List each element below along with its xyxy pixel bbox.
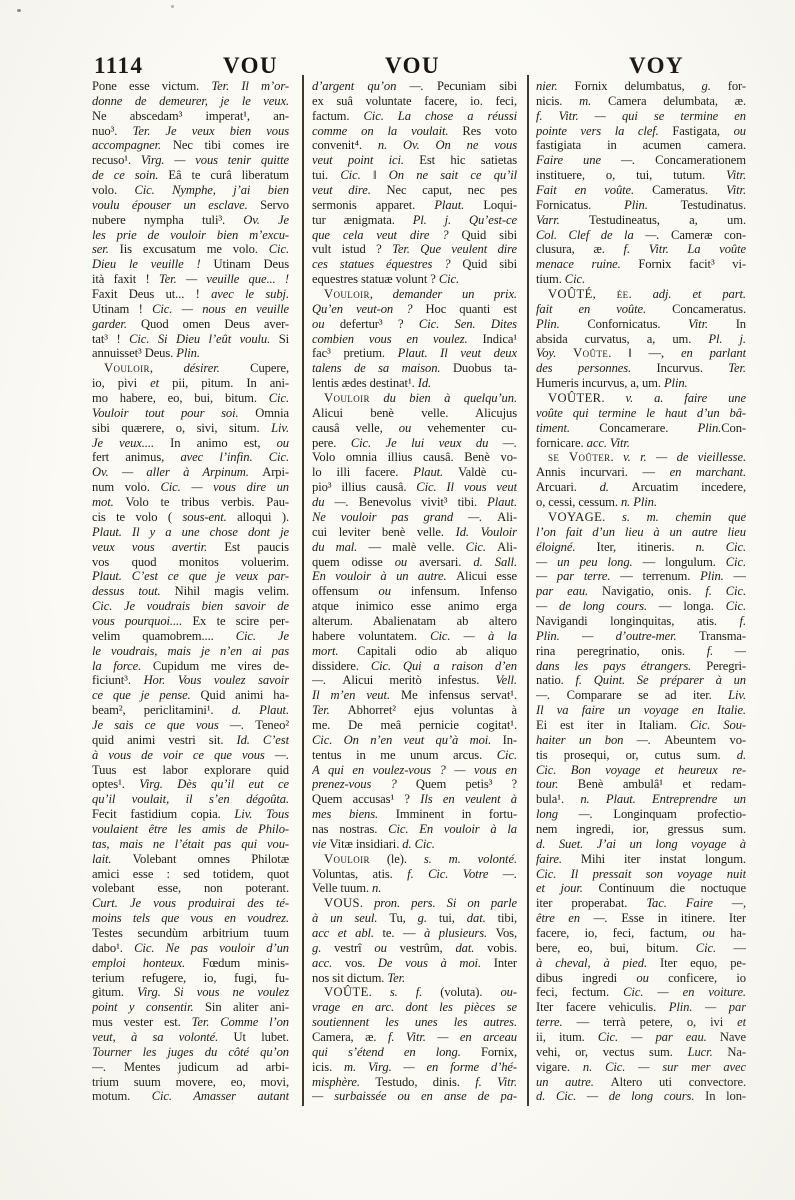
text-segment: Vouloir tout pour soi. [92,406,255,420]
text-segment: VOUS [324,896,360,910]
text-segment: nier. [536,79,575,93]
text-segment: Quem petis³ ? [416,777,517,791]
text-segment: Id. Vouloir [456,525,517,539]
text-segment: vrage en arc. dont les pièces se [312,1000,517,1014]
text-line: Velle tuum. n. [312,881,517,896]
text-line: alterum. Abalienatam ab altero [312,614,517,629]
text-line: — un peu long. — longulum. Cic. [536,555,746,570]
text-segment: ou [374,941,399,955]
text-segment: d. Cic. — de long cours. [536,1089,705,1103]
text-segment: m. [579,94,608,108]
text-line: dibus ingredi ou conficere, io [536,971,746,986]
text-segment: Res voto [462,124,517,138]
text-segment: Cupere, [250,361,289,375]
text-line: Je veux.... In animo est, ou [92,436,289,451]
text-line: veut, à sa volonté. Ut lubet. [92,1030,289,1045]
text-line: feci, fectum. Cic. — en voiture. [536,985,746,1000]
text-line: ces statues équestres ? Quid sibi [312,257,517,272]
text-segment: n. Ov. On ne vous [378,138,517,152]
text-segment: ou [395,555,420,569]
text-segment: garder. [92,317,141,331]
text-segment: Ne abscedam³ imperat¹, an- [92,109,289,123]
text-line: se Voûter. v. r. — de vieillesse. [536,450,746,465]
text-segment: acc et abl. [312,926,383,940]
text-segment: . [611,450,624,464]
text-segment: tui, [439,911,467,925]
text-segment: Il m’en veut. [312,688,401,702]
text-segment: feci, fectum. [536,985,623,999]
text-segment: Concamerare. [599,421,697,435]
text-segment: VOÛTÉ [548,287,593,301]
text-segment: Alicui meritò infestus. [342,673,495,687]
text-segment: En vouloir à un autre. [312,569,456,583]
text-line: rina peregrinatio, onis. f. — [536,644,746,659]
text-line: vult istud ? Ter. Que veulent dire [312,242,517,257]
text-segment: désirer. [183,361,250,375]
text-segment: . [629,287,653,301]
text-line: En vouloir à un autre. Alicui esse [312,569,517,584]
text-line: Qu’en veut-on ? Hoc quanti est [312,302,517,317]
text-segment: vult istud ? [312,242,392,256]
text-segment: defertur³ ? [340,317,419,331]
text-line: soutiennent les unes les autres. [312,1015,517,1030]
text-line: fait en voûte. Concameratus. [536,302,746,317]
text-segment: Imminent in fortu- [396,807,517,821]
text-segment: Me infensus servat¹. [401,688,517,702]
text-segment: s. m. chemin que [622,510,746,524]
text-segment: Cic. [340,168,360,182]
text-line: Je sais ce que vous —. Teneo² [92,718,289,733]
text-line: un autre. Altero uti convectore. [536,1075,746,1090]
text-segment: pron. pers. Si on parle [374,896,517,910]
text-segment: Alicui benè velle. Alicujus [312,406,517,420]
text-segment: Ter. [312,703,348,717]
text-segment: Col. Clef de la —. [536,228,671,242]
text-line: tium. Cic. [536,272,746,287]
text-segment: long —. [536,807,613,821]
text-line: Humeris incurvus, a, um. Plin. [536,376,746,391]
running-head-center: VOU [385,53,440,79]
text-segment: d. [600,480,632,494]
text-segment: rina peregrinatio, onis. [536,644,707,658]
text-segment: Cic. [696,941,734,955]
text-segment: (voluta). [440,985,500,999]
text-segment: f. Vitr. La voûte [624,242,746,256]
text-segment: avec l’infin. Cic. [180,450,289,464]
text-segment: Nave [720,1030,746,1044]
text-line: o, cessi, cessum. n. Plin. [536,495,746,510]
text-segment: ser. [92,242,120,256]
text-segment: volebant esse, non poterant. [92,881,289,895]
text-segment: Si [279,332,289,346]
text-segment: io, pivi [92,376,150,390]
text-line: mo habere, eo, bui, bitum. Cic. [92,391,289,406]
text-column-3: nier. Fornix delumbatus, g. for-nicis. m… [536,79,746,1104]
text-segment: . [601,391,625,405]
text-segment: Fornicatus. [536,198,624,212]
text-segment: à un seul. [312,911,389,925]
text-segment: f. [740,614,746,628]
text-line: Faxit Deus ut... ! avec le subj. [92,287,289,302]
text-segment: f. Cic. Votre —. [407,867,517,881]
running-head-right: VOY [629,53,684,79]
text-segment: —. [312,673,342,687]
text-segment: fac³ pretium. [312,346,398,360]
text-segment: de ce soin. [92,168,168,182]
text-segment: —. [536,688,567,702]
text-segment: Duobus ta- [453,361,517,375]
text-line: beam², periclitamini¹. d. Plaut. [92,703,289,718]
text-segment: n. Plaut. Entreprendre un [580,792,746,806]
text-line: velim quamobrem.... Cic. Je [92,629,289,644]
text-segment: la force. [92,659,153,673]
text-segment: ex suâ voluntate facere, io. feci, [312,94,517,108]
text-column-1: Pone esse victum. Ter. Il m’or-donne de … [92,79,289,1104]
text-segment: pere. [312,436,351,450]
text-segment: Ei est iter in Italiam. [536,718,690,732]
text-segment: demander un prix. [393,287,517,301]
text-segment: vous pourquoi.... [92,614,192,628]
text-segment: absida curvatus, a, um. [536,332,708,346]
text-segment: Humeris incurvus, a, um. [536,376,664,390]
text-segment: des personnes. [536,361,657,375]
text-segment: Utinam Deus [213,257,289,271]
text-segment: Ils en veulent à [420,792,517,806]
text-segment: , [593,287,617,301]
text-segment: Plin. [700,569,733,583]
text-line: prenez-vous ? Quem petis³ ? [312,777,517,792]
text-segment: Fornix facit³ vi- [638,257,746,271]
text-segment: lo illi facere. [312,465,413,479]
text-segment: Transma- [699,629,746,643]
text-line: vehi, or, vectus sum. Lucr. Na- [536,1045,746,1060]
text-line: Navigandi longinquitas, atis. f. [536,614,746,629]
text-segment: à vous de voir ce que vous —. [92,748,289,762]
text-segment: Sin aliter ani- [205,1000,289,1014]
text-segment: Na- [727,1045,746,1059]
text-segment: iter properabat. [536,896,646,910]
text-segment: vehementer cu- [427,421,517,435]
text-segment: VOÛTE [324,985,369,999]
text-line: Iter facere vehiculis. Plin. — par [536,1000,746,1015]
text-segment: Volo te tribus verbis. Pau- [126,495,289,509]
text-line: à cheval, à pied. Iter equo, pe- [536,956,746,971]
text-line: nier. Fornix delumbatus, g. for- [536,79,746,94]
text-segment: fastigiata in acumen camera. [536,138,746,152]
text-segment: ou [379,584,411,598]
text-line: VOYAGE. s. m. chemin que [536,510,746,525]
text-line: mot. Volo te tribus verbis. Pau- [92,495,289,510]
text-segment: ii, itum. [536,1030,598,1044]
text-segment: vie [312,837,329,851]
text-line: ex suâ voluntate facere, io. feci, [312,94,517,109]
text-segment: Vouloir [104,361,150,375]
text-line: num volo. Cic. — vous dire un [92,480,289,495]
text-line: sermonis apparet. Plaut. Loqui- [312,198,517,213]
text-line: mus vester est. Ter. Comme l’on [92,1015,289,1030]
text-segment: Vitæ insidiari. [329,837,402,851]
text-segment: num volo. [92,480,160,494]
text-segment: Indica¹ [482,332,517,346]
text-line: qui s’étend en long. Fornix, [312,1045,517,1060]
text-segment: Nihil magis velim. [175,584,289,598]
text-line: d. Cic. — de long cours. In lon- [536,1089,746,1104]
text-segment: nas nostras. [312,822,388,836]
text-segment: qu’il voulait, il s’en dégoûta. [92,792,289,806]
text-line: le voudrais, mais je n’en ai pas [92,644,289,659]
text-segment: talens de sa maison. [312,361,453,375]
text-segment: Voy. [536,346,573,360]
text-segment: d’argent qu’on —. [312,79,437,93]
text-segment: f. Quint. Se préparer à un [576,673,746,687]
text-line: Cic. Bon voyage et heureux re- [536,763,746,778]
text-segment: misphère. [312,1075,375,1089]
page-number: 1114 [94,53,143,79]
text-segment: In [736,317,746,331]
text-segment: Ter. — veuille que... ! [159,272,289,286]
text-segment: vehi, or, vectus sum. [536,1045,688,1059]
text-segment: f. — [707,644,746,658]
text-segment: Plin. — par [669,1000,746,1014]
text-line: sibi quærere, o, sivi, situm. Liv. [92,421,289,436]
text-segment: Peregri- [706,659,746,673]
text-line: iter properabat. Tac. Faire —, [536,896,746,911]
text-segment: Utinam ! [92,302,152,316]
text-segment: Fornix delumbatus, [575,79,702,93]
text-segment: dans les pays étrangers. [536,659,706,673]
text-segment: Abhorret² ejus voluntas à [348,703,517,717]
text-segment: Ter. Il m’or- [211,79,289,93]
text-segment: velim quamobrem.... [92,629,236,643]
text-segment: nos sit dictum. [312,971,387,985]
text-segment: Hor. Vous voulez savoir [144,673,289,687]
text-segment: Faxit Deus ut... ! [92,287,211,301]
text-line: dans les pays étrangers. Peregri- [536,659,746,674]
text-line: point y consentir. Sin aliter ani- [92,1000,289,1015]
text-line: mes biens. Imminent in fortu- [312,807,517,822]
text-segment: Plaut. C’est ce que je veux par- [92,569,289,583]
text-line: veux vous avertir. Est paucis [92,540,289,555]
text-segment: Vouloir [324,391,370,405]
text-segment: adj. et part. [653,287,746,301]
text-line: me. De meâ pernicie cogitat¹. [312,718,517,733]
text-segment: Cic. — par eau. [598,1030,720,1044]
text-segment: recuso¹. [92,153,141,167]
text-line: A qui en voulez-vous ? — vous en [312,763,517,778]
text-line: vie Vitæ insidiari. d. Cic. [312,837,517,852]
text-line: tat³ ! Cic. Si Dieu l’eût voulu. Si [92,332,289,347]
text-segment: sermonis apparet. [312,198,434,212]
text-segment: De vous à moi. [378,956,494,970]
text-line: mort. Capitali odio ab aliquo [312,644,517,659]
text-line: io, pivi et pii, pitum. In ani- [92,376,289,391]
text-segment: VOÛTER [548,391,601,405]
text-segment: Altero uti convectore. [611,1075,746,1089]
text-segment: Cic. La chose a réussi [364,109,518,123]
text-segment: Omnia [255,406,289,420]
text-segment: Vouloir [324,287,370,301]
text-segment: comme on la voulait. [312,124,462,138]
text-segment: l’on fait d’un lieu à un autre lieu [536,525,746,539]
text-line: dessus tout. Nihil magis velim. [92,584,289,599]
text-line: quem odisse ou aversari. d. Sall. [312,555,517,570]
text-line: ii, itum. Cic. — par eau. Nave [536,1030,746,1045]
text-segment: avec le subj. [211,287,289,301]
text-line: Vouloir, désirer. Cupere, [92,361,289,376]
text-line: Curt. Je vous produirai des té- [92,896,289,911]
text-segment: Cic. [269,391,289,405]
text-line: du mal. — malè velle. Cic. Ali- [312,540,517,555]
text-line: convenit⁴. n. Ov. On ne vous [312,138,517,153]
text-line: annuisset³ Deus. Plin. [92,346,289,361]
text-segment: In lon- [705,1089,746,1103]
text-segment: Valdè cu- [458,465,517,479]
text-segment: Ali- [497,540,517,554]
text-line: Il va faire un voyage en Italie. [536,703,746,718]
text-segment: Ter. [728,361,746,375]
text-segment: — surbaissée ou en anse de pa- [312,1089,517,1103]
text-segment: convenit⁴. [312,138,378,152]
text-line: Volo omnia illius causâ. Benè vo- [312,450,517,465]
text-line: cui leviter benè velle. Id. Vouloir [312,525,517,540]
text-segment: Quid sibi [462,257,517,271]
text-line: Fornicatus. Plin. Testudinatus. [536,198,746,213]
text-line: tas, mais ne l’était pas qui vou- [92,837,289,852]
text-line: atque inimico esse animo erga [312,599,517,614]
text-segment: du bien à quelqu’un. [370,391,517,405]
text-line: Ne vouloir pas grand —. Ali- [312,510,517,525]
dictionary-page: 1114 VOU VOU VOY Pone esse victum. Ter. … [0,0,795,1200]
text-segment: n. Cic. — sur mer avec [583,1060,746,1074]
text-line: Plaut. C’est ce que je veux par- [92,569,289,584]
text-segment: pio³ illius causâ. [312,480,416,494]
text-segment: veux vous avertir. [92,540,224,554]
text-line: fornicare. acc. Vitr. [536,436,746,451]
text-segment: VOYAGE [548,510,602,524]
text-segment: Virg. Dès qu’il eut ce [139,777,289,791]
text-line: être en —. Esse in itinere. Iter [536,911,746,926]
text-line: voulu épouser un esclave. Servo [92,198,289,213]
text-segment: Virg. Si vous ne voulez [137,985,289,999]
text-line: VOUS. pron. pers. Si on parle [312,896,517,911]
text-line: nos sit dictum. Ter. [312,971,517,986]
text-line: Faire une —. Concamerationem [536,153,746,168]
text-segment: dat. [455,941,487,955]
text-segment: — malè velle. [368,540,465,554]
text-segment: g. [312,941,334,955]
text-line: veut dire. Nec caput, nec pes [312,183,517,198]
text-line: Plin. Confornicatus. Vitr. In [536,317,746,332]
text-segment: se Voûter [548,450,611,464]
text-segment: — de long cours. [536,599,659,613]
text-segment: Plin. [698,421,722,435]
text-segment: volo. [92,183,134,197]
text-segment: pointe vers la clef. [536,124,672,138]
text-line: ser. Iis excusatum me volo. Cic. [92,242,289,257]
text-line: Ne abscedam³ imperat¹, an- [92,109,289,124]
text-segment: Pecuniam sibi [437,79,517,93]
text-line: fastigiata in acumen camera. [536,138,746,153]
text-line: ità faxit ! Ter. — veuille que... ! [92,272,289,287]
text-line: tur ænigmata. Pl. j. Qu’est-ce [312,213,517,228]
text-line: les prie de vouloir bien m’excu- [92,228,289,243]
text-line: la force. Cupidum me vires de- [92,659,289,674]
text-segment: quid animi vestri sit. [92,733,237,747]
text-segment: Navigandi longinquitas, atis. [536,614,740,628]
text-segment: Teneo² [255,718,289,732]
text-segment: ée [617,287,629,301]
text-segment: trium suum movere, eo, movi, [92,1075,289,1089]
text-line: causâ velle, ou vehementer cu- [312,421,517,436]
text-segment: d. [737,748,746,762]
text-segment: Est paucis [224,540,289,554]
text-segment: f. Vitr. [475,1075,517,1089]
text-segment: nuo³. [92,124,133,138]
text-segment: menace ruine. [536,257,638,271]
text-line: quid animi vestri sit. Id. C’est [92,733,289,748]
text-segment: Cic. Je voudrais bien savoir de [92,599,289,613]
text-segment: par eau. [536,584,602,598]
text-segment: ità faxit ! [92,272,159,286]
text-segment: f. Cic. [705,584,746,598]
text-segment: infensum. Infenso [411,584,517,598]
text-segment: Cic. [565,272,585,286]
text-line: Ter. Abhorret² ejus voluntas à [312,703,517,718]
text-segment: cis te volo ( [92,510,182,524]
text-segment: Quem accusas¹ ? [312,792,420,806]
text-segment: . ‖ —, [608,346,681,360]
text-segment: Ter. [387,971,405,985]
text-line: et jour. Continuum die noctuque [536,881,746,896]
text-line: lentis ædes destinat¹. Id. [312,376,517,391]
text-segment: tur ænigmata. [312,213,413,227]
text-segment: Liv. [271,421,289,435]
text-segment: Esse in itinere. Iter [621,911,746,925]
text-segment: d. Cic. [402,837,435,851]
text-segment: Cic. Il vous veut [416,480,517,494]
text-segment: Plaut. Il y a une chose dont je [92,525,289,539]
text-segment: haiter un bon —. [536,733,664,747]
text-segment: Camera, æ. [312,1030,388,1044]
text-segment: — terrà petere, o, ivi [577,1015,738,1029]
text-segment: Cic. — en voiture. [623,985,746,999]
text-segment: prenez-vous ? [312,777,416,791]
text-segment: vos. [345,956,378,970]
ink-speck [17,9,21,12]
text-segment: — [734,941,747,955]
text-segment: en parlant [681,346,746,360]
text-segment: Con- [721,421,746,435]
text-segment: tour. [536,777,578,791]
text-line: clusura, æ. f. Vitr. La voûte [536,242,746,257]
text-segment: tas, mais ne l’était pas qui vou- [92,837,289,851]
text-segment: Cic. Sou- [690,718,746,732]
text-segment: Iter facere vehiculis. [536,1000,669,1014]
text-segment: acc. Vitr. [587,436,630,450]
text-line: Ei est iter in Italiam. Cic. Sou- [536,718,746,733]
text-segment: Tourner les juges du côté qu’on [92,1045,289,1059]
text-line: donne de demeurer, je le veux. [92,94,289,109]
text-line: terre. — terrà petere, o, ivi et [536,1015,746,1030]
text-segment: amici esse : sed totidem, quot [92,867,289,881]
text-segment: dissidere. [312,659,371,673]
text-segment: atque inimico esse animo erga [312,599,517,613]
text-segment: Plin. — d’outre-mer. [536,629,699,643]
text-segment: et jour. [536,881,598,895]
text-segment: emploi honteux. [92,956,202,970]
text-segment: ces statues équestres ? [312,257,462,271]
text-segment: g. [702,79,728,93]
